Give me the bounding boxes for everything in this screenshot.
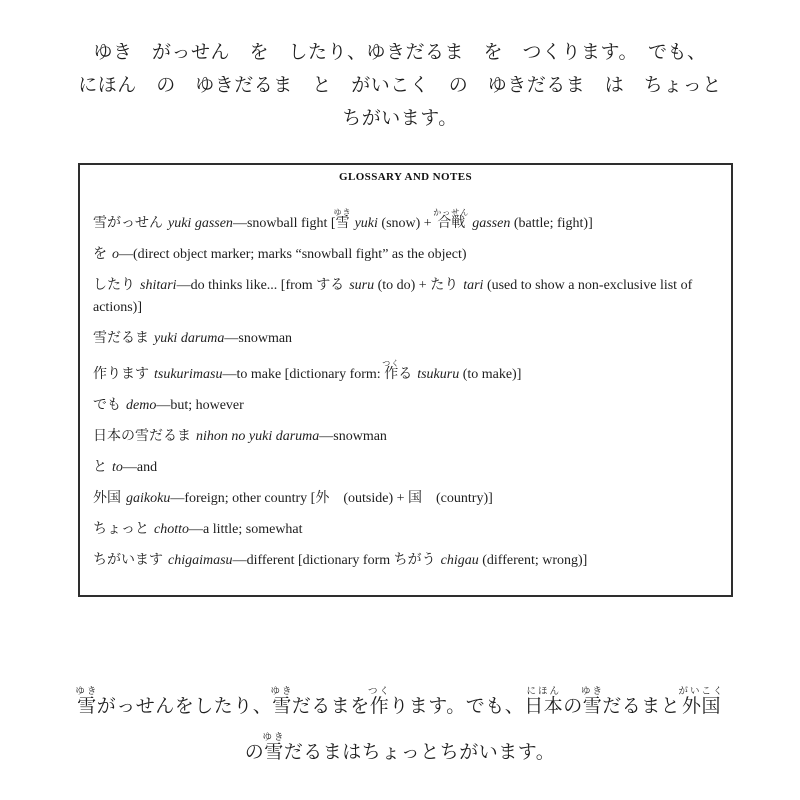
- japanese-text: る: [398, 367, 412, 382]
- english-text: (battle; fight)]: [510, 216, 592, 231]
- glossary-title: GLOSSARY AND NOTES: [80, 171, 731, 183]
- furigana-ruby: 雪ゆき: [583, 696, 603, 717]
- japanese-text: の: [245, 742, 265, 763]
- romaji-text: suru: [344, 278, 374, 293]
- glossary-entry: 雪だるまyuki daruma—snowman: [93, 328, 718, 350]
- english-text: —to make [dictionary form:: [222, 367, 384, 382]
- glossary-entry: ちょっとchotto—a little; somewhat: [93, 519, 718, 541]
- english-text: —and: [123, 460, 157, 475]
- romaji-text: chigaimasu: [163, 553, 233, 568]
- glossary-entry: 雪がっせんyuki gassen—snowball fight [雪ゆきyuki…: [93, 208, 718, 235]
- japanese-text: だるまと: [602, 696, 680, 717]
- top-paragraph-line: にほん の ゆきだるま と がいこく の ゆきだるま は ちょっと: [0, 69, 800, 102]
- japanese-text: でも: [93, 398, 121, 413]
- textbook-page: ゆき がっせん を したり、ゆきだるま を つくります。 でも、 にほん の ゆ…: [0, 0, 800, 800]
- english-text: —but; however: [156, 398, 243, 413]
- glossary-box: GLOSSARY AND NOTES 雪がっせんyuki gassen—snow…: [78, 163, 733, 597]
- glossary-entry: したりshitari—do thinks like... [from するsur…: [93, 275, 718, 319]
- english-text: (to make)]: [459, 367, 521, 382]
- japanese-text: ちがう: [394, 553, 436, 568]
- furigana-ruby: 雪ゆき: [75, 696, 96, 717]
- glossary-entry: 日本の雪だるまnihon no yuki daruma—snowman: [93, 426, 718, 448]
- glossary-entry: とto—and: [93, 457, 718, 479]
- glossary-entry: でもdemo—but; however: [93, 395, 718, 417]
- english-text: —(direct object marker; marks “snowball …: [119, 247, 467, 262]
- english-text: —foreign; other country [: [170, 491, 315, 506]
- japanese-text: だるまはちょっとちがいます。: [284, 742, 555, 763]
- glossary-entry: 外国gaikoku—foreign; other country [外 (out…: [93, 488, 718, 510]
- furigana-ruby: 合戦かっせん: [435, 216, 467, 231]
- japanese-text: 日本の雪だるま: [93, 429, 191, 444]
- romaji-text: nihon no yuki daruma: [191, 429, 319, 444]
- romaji-text: tari: [458, 278, 483, 293]
- furigana-ruby: 作つく: [384, 367, 398, 382]
- bottom-paragraph-line: 雪ゆきがっせんをしたり、雪ゆきだるまを作つくります。でも、日本にほんの雪ゆきだる…: [0, 684, 800, 730]
- english-text: (different; wrong)]: [479, 553, 588, 568]
- top-paragraph-line: ちがいます。: [0, 102, 800, 135]
- japanese-text: の: [563, 696, 583, 717]
- japanese-text: 作ります: [93, 367, 149, 382]
- english-text: (to do) +: [374, 278, 430, 293]
- romaji-text: tsukurimasu: [149, 367, 222, 382]
- english-text: (outside) +: [329, 491, 408, 506]
- japanese-text: ちがいます: [93, 553, 163, 568]
- glossary-entry: 作りますtsukurimasu—to make [dictionary form…: [93, 359, 718, 386]
- english-text: —snowball fight [: [233, 216, 336, 231]
- english-text: —snowman: [224, 331, 292, 346]
- japanese-text: を: [93, 247, 107, 262]
- romaji-text: yuki: [350, 216, 378, 231]
- english-text: —different [dictionary form: [233, 553, 394, 568]
- romaji-text: o: [107, 247, 119, 262]
- glossary-entries: 雪がっせんyuki gassen—snowball fight [雪ゆきyuki…: [80, 183, 731, 572]
- romaji-text: to: [107, 460, 123, 475]
- bottom-paragraph: 雪ゆきがっせんをしたり、雪ゆきだるまを作つくります。でも、日本にほんの雪ゆきだる…: [0, 684, 800, 776]
- english-text: —a little; somewhat: [189, 522, 303, 537]
- furigana-ruby: 日本にほん: [524, 696, 563, 717]
- romaji-text: tsukuru: [412, 367, 459, 382]
- english-text: (country)]: [422, 491, 493, 506]
- glossary-entry: ちがいますchigaimasu—different [dictionary fo…: [93, 550, 718, 572]
- japanese-text: ちょっと: [93, 522, 149, 537]
- japanese-text: と: [93, 460, 107, 475]
- bottom-paragraph-line: の雪ゆきだるまはちょっとちがいます。: [0, 730, 800, 776]
- romaji-text: yuki daruma: [149, 331, 224, 346]
- japanese-text: 外: [315, 491, 329, 506]
- japanese-text: たり: [430, 278, 458, 293]
- romaji-text: demo: [121, 398, 156, 413]
- top-paragraph: ゆき がっせん を したり、ゆきだるま を つくります。 でも、 にほん の ゆ…: [0, 36, 800, 135]
- romaji-text: shitari: [135, 278, 177, 293]
- japanese-text: 外国: [93, 491, 121, 506]
- english-text: —snowman: [319, 429, 387, 444]
- romaji-text: gaikoku: [121, 491, 170, 506]
- japanese-text: する: [316, 278, 344, 293]
- furigana-ruby: 雪ゆき: [336, 216, 350, 231]
- glossary-entry: をo—(direct object marker; marks “snowbal…: [93, 244, 718, 266]
- furigana-ruby: 作つく: [370, 696, 390, 717]
- romaji-text: gassen: [467, 216, 510, 231]
- furigana-ruby: 雪ゆき: [264, 742, 284, 763]
- furigana-ruby: 外国がいこく: [680, 696, 724, 717]
- romaji-text: chotto: [149, 522, 189, 537]
- romaji-text: yuki gassen: [163, 216, 233, 231]
- english-text: —do thinks like... [from: [177, 278, 317, 293]
- english-text: (snow) +: [378, 216, 435, 231]
- top-paragraph-line: ゆき がっせん を したり、ゆきだるま を つくります。 でも、: [0, 36, 800, 69]
- romaji-text: chigau: [436, 553, 479, 568]
- japanese-text: ります。でも、: [389, 696, 524, 717]
- japanese-text: 雪だるま: [93, 331, 149, 346]
- japanese-text: したり: [93, 278, 135, 293]
- japanese-text: がっせんをしたり、: [97, 696, 273, 717]
- japanese-text: だるまを: [292, 696, 370, 717]
- furigana-ruby: 雪ゆき: [272, 696, 292, 717]
- japanese-text: 国: [408, 491, 422, 506]
- japanese-text: 雪がっせん: [93, 216, 163, 231]
